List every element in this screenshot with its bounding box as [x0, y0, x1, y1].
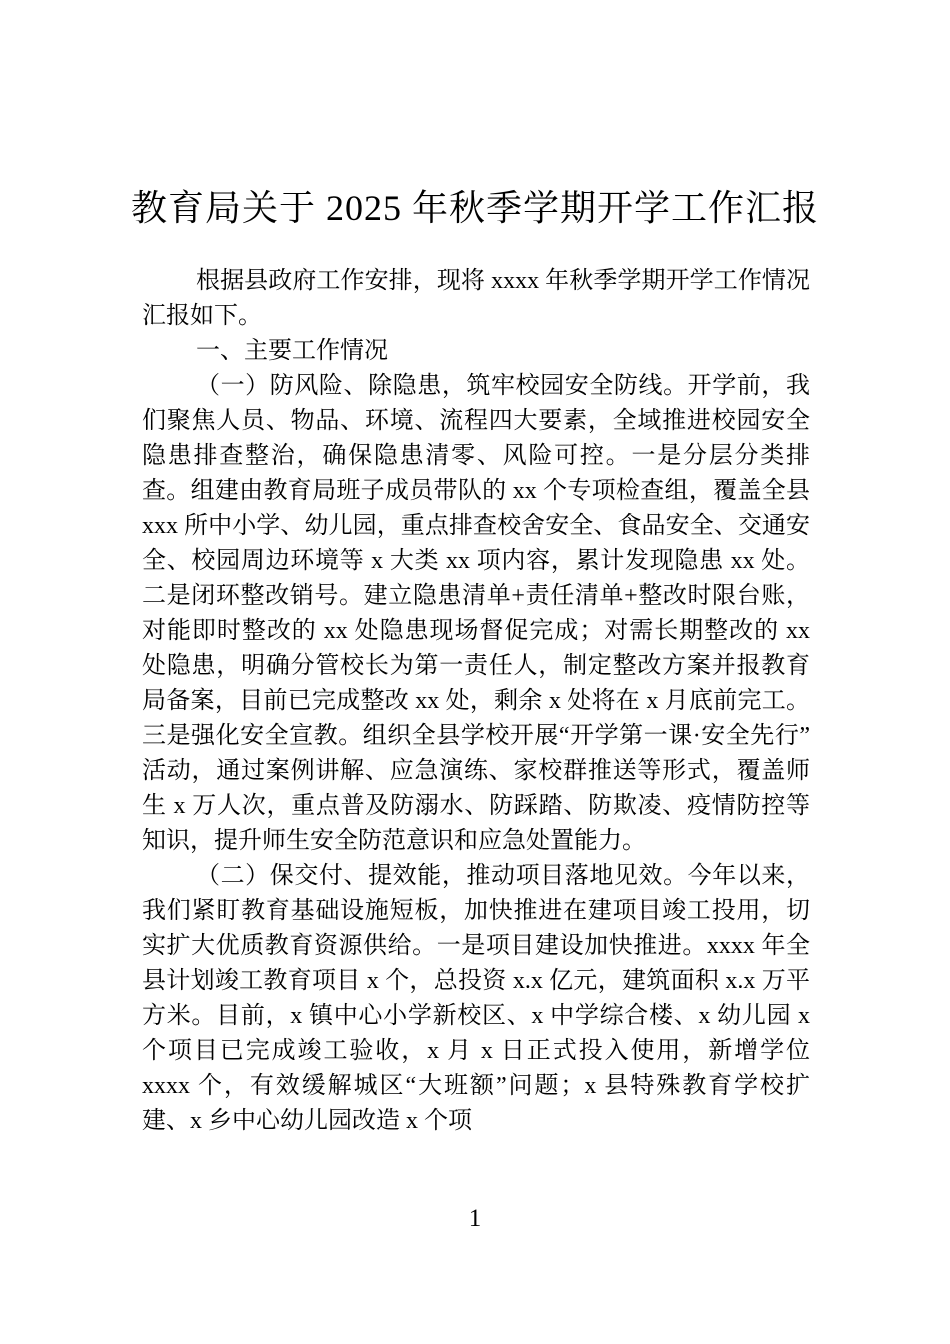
paragraph-safety: （一）防风险、除隐患，筑牢校园安全防线。开学前，我们聚焦人员、物品、环境、流程四… [142, 369, 810, 859]
paragraph-projects: （二）保交付、提效能，推动项目落地见效。今年以来，我们紧盯教育基础设施短板，加快… [142, 859, 810, 1139]
document-body: 根据县政府工作安排，现将 xxxx 年秋季学期开学工作情况汇报如下。 一、主要工… [142, 264, 810, 1139]
paragraph-intro: 根据县政府工作安排，现将 xxxx 年秋季学期开学工作情况汇报如下。 [142, 264, 810, 334]
document-page: 教育局关于 2025 年秋季学期开学工作汇报 根据县政府工作安排，现将 xxxx… [0, 0, 950, 1344]
page-number: 1 [0, 1205, 950, 1233]
document-title: 教育局关于 2025 年秋季学期开学工作汇报 [60, 184, 890, 232]
section-heading-main-work: 一、主要工作情况 [142, 334, 810, 369]
